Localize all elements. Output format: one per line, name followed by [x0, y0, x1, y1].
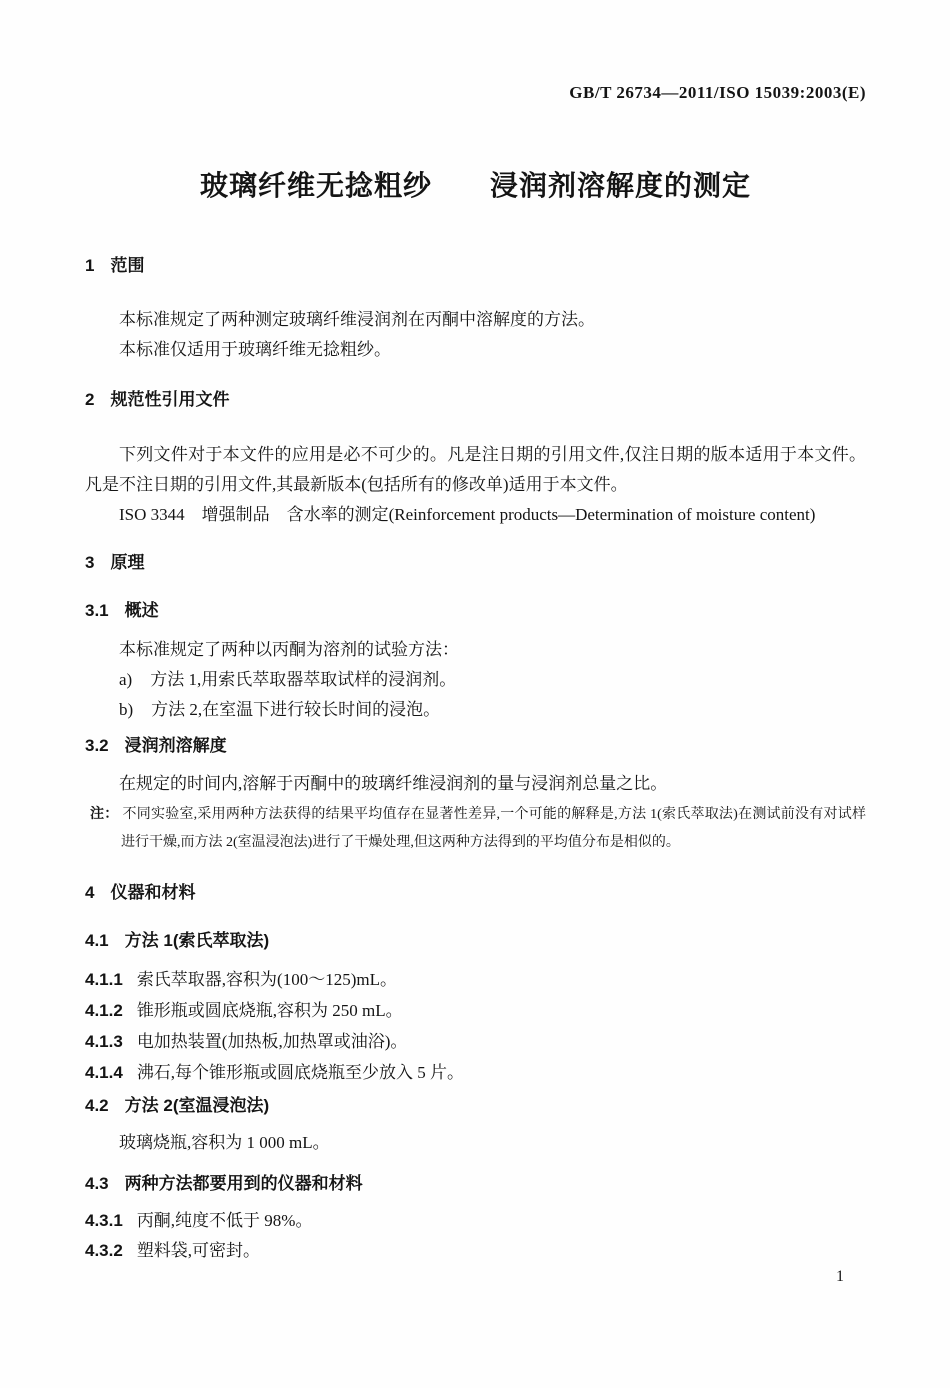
- section-4-title: 仪器和材料: [110, 883, 195, 902]
- note-text: 不同实验室,采用两种方法获得的结果平均值存在显著性差异,一个可能的解释是,方法 …: [121, 807, 866, 850]
- item-number: 4.1.3: [85, 1026, 123, 1057]
- section-4-heading: 4仪器和材料: [85, 882, 866, 904]
- apparatus-item-4-1-3: 4.1.3电加热装置(加热板,加热罩或油浴)。: [85, 1026, 866, 1057]
- principle-intro-paragraph: 本标准规定了两种以丙酮为溶剂的试验方法：: [85, 635, 866, 665]
- solubility-definition-paragraph: 在规定的时间内,溶解于丙酮中的玻璃纤维浸润剂的量与浸润剂总量之比。: [85, 769, 866, 799]
- apparatus-item-4-3-1: 4.3.1丙酮,纯度不低于 98%。: [85, 1206, 866, 1236]
- list-text-b: 方法 2,在室温下进行较长时间的浸泡。: [151, 700, 440, 719]
- apparatus-item-4-1-4: 4.1.4沸石,每个锥形瓶或圆底烧瓶至少放入 5 片。: [85, 1057, 866, 1088]
- section-3-2-heading: 3.2浸润剂溶解度: [85, 735, 866, 757]
- section-4-1-number: 4.1: [85, 930, 109, 952]
- section-3-1-title: 概述: [125, 601, 159, 620]
- section-3-1-number: 3.1: [85, 600, 109, 622]
- item-text: 电加热装置(加热板,加热罩或油浴)。: [137, 1032, 408, 1051]
- section-2-heading: 2规范性引用文件: [85, 389, 866, 411]
- section-2-title: 规范性引用文件: [110, 390, 229, 409]
- section-3-2-title: 浸润剂溶解度: [125, 736, 227, 755]
- section-4-3-title: 两种方法都要用到的仪器和材料: [125, 1174, 363, 1193]
- page-number: 1: [85, 1266, 866, 1288]
- apparatus-item-4-3-2: 4.3.2塑料袋,可密封。: [85, 1236, 866, 1266]
- apparatus-item-4-1-2: 4.1.2锥形瓶或圆底烧瓶,容积为 250 mL。: [85, 995, 866, 1026]
- item-number: 4.1.4: [85, 1057, 123, 1088]
- item-number: 4.1.2: [85, 995, 123, 1026]
- list-label-a: a): [119, 665, 132, 695]
- section-4-1-heading: 4.1方法 1(索氏萃取法): [85, 930, 866, 952]
- section-1-heading: 1范围: [85, 255, 866, 277]
- section-1-number: 1: [85, 255, 94, 277]
- section-4-number: 4: [85, 882, 94, 904]
- item-text: 锥形瓶或圆底烧瓶,容积为 250 mL。: [137, 1001, 403, 1020]
- scope-paragraph-2: 本标准仅适用于玻璃纤维无捻粗纱。: [85, 335, 866, 365]
- section-1-title: 范围: [110, 256, 144, 275]
- item-text: 丙酮,纯度不低于 98%。: [137, 1211, 313, 1230]
- section-3-2-number: 3.2: [85, 735, 109, 757]
- scope-paragraph-1: 本标准规定了两种测定玻璃纤维浸润剂在丙酮中溶解度的方法。: [85, 305, 866, 335]
- list-label-b: b): [119, 695, 133, 725]
- item-text: 塑料袋,可密封。: [137, 1241, 260, 1260]
- section-4-2-number: 4.2: [85, 1095, 109, 1117]
- section-4-3-heading: 4.3两种方法都要用到的仪器和材料: [85, 1173, 866, 1195]
- document-page: GB/T 26734—2011/ISO 15039:2003(E) 玻璃纤维无捻…: [0, 0, 950, 1388]
- apparatus-item-4-1-1: 4.1.1索氏萃取器,容积为(100～125)mL。: [85, 964, 866, 995]
- method-2-flask-paragraph: 玻璃烧瓶,容积为 1 000 mL。: [85, 1128, 866, 1158]
- note-block: 注：不同实验室,采用两种方法获得的结果平均值存在显著性差异,一个可能的解释是,方…: [85, 799, 866, 857]
- normative-reference-iso-3344: ISO 3344 增强制品 含水率的测定(Reinforcement produ…: [85, 500, 866, 530]
- item-number: 4.1.1: [85, 964, 123, 995]
- standard-code: GB/T 26734—2011/ISO 15039:2003(E): [85, 82, 866, 104]
- section-4-2-heading: 4.2方法 2(室温浸泡法): [85, 1095, 866, 1117]
- section-4-1-title: 方法 1(索氏萃取法): [125, 931, 270, 950]
- method-list-item-a: a)方法 1,用索氏萃取器萃取试样的浸润剂。: [85, 665, 866, 695]
- normative-references-paragraph: 下列文件对于本文件的应用是必不可少的。凡是注日期的引用文件,仅注日期的版本适用于…: [85, 440, 866, 500]
- section-3-1-heading: 3.1概述: [85, 600, 866, 622]
- item-text: 索氏萃取器,容积为(100～125)mL。: [137, 970, 397, 989]
- section-4-2-title: 方法 2(室温浸泡法): [125, 1096, 270, 1115]
- list-text-a: 方法 1,用索氏萃取器萃取试样的浸润剂。: [150, 670, 456, 689]
- section-2-number: 2: [85, 389, 94, 411]
- section-3-number: 3: [85, 552, 94, 574]
- item-number: 4.3.2: [85, 1236, 123, 1266]
- section-4-3-number: 4.3: [85, 1173, 109, 1195]
- item-text: 沸石,每个锥形瓶或圆底烧瓶至少放入 5 片。: [137, 1063, 464, 1082]
- note-label: 注：: [90, 805, 118, 821]
- method-list-item-b: b)方法 2,在室温下进行较长时间的浸泡。: [85, 695, 866, 725]
- document-title: 玻璃纤维无捻粗纱 浸润剂溶解度的测定: [85, 166, 866, 206]
- section-3-title: 原理: [110, 553, 144, 572]
- item-number: 4.3.1: [85, 1206, 123, 1236]
- section-3-heading: 3原理: [85, 552, 866, 574]
